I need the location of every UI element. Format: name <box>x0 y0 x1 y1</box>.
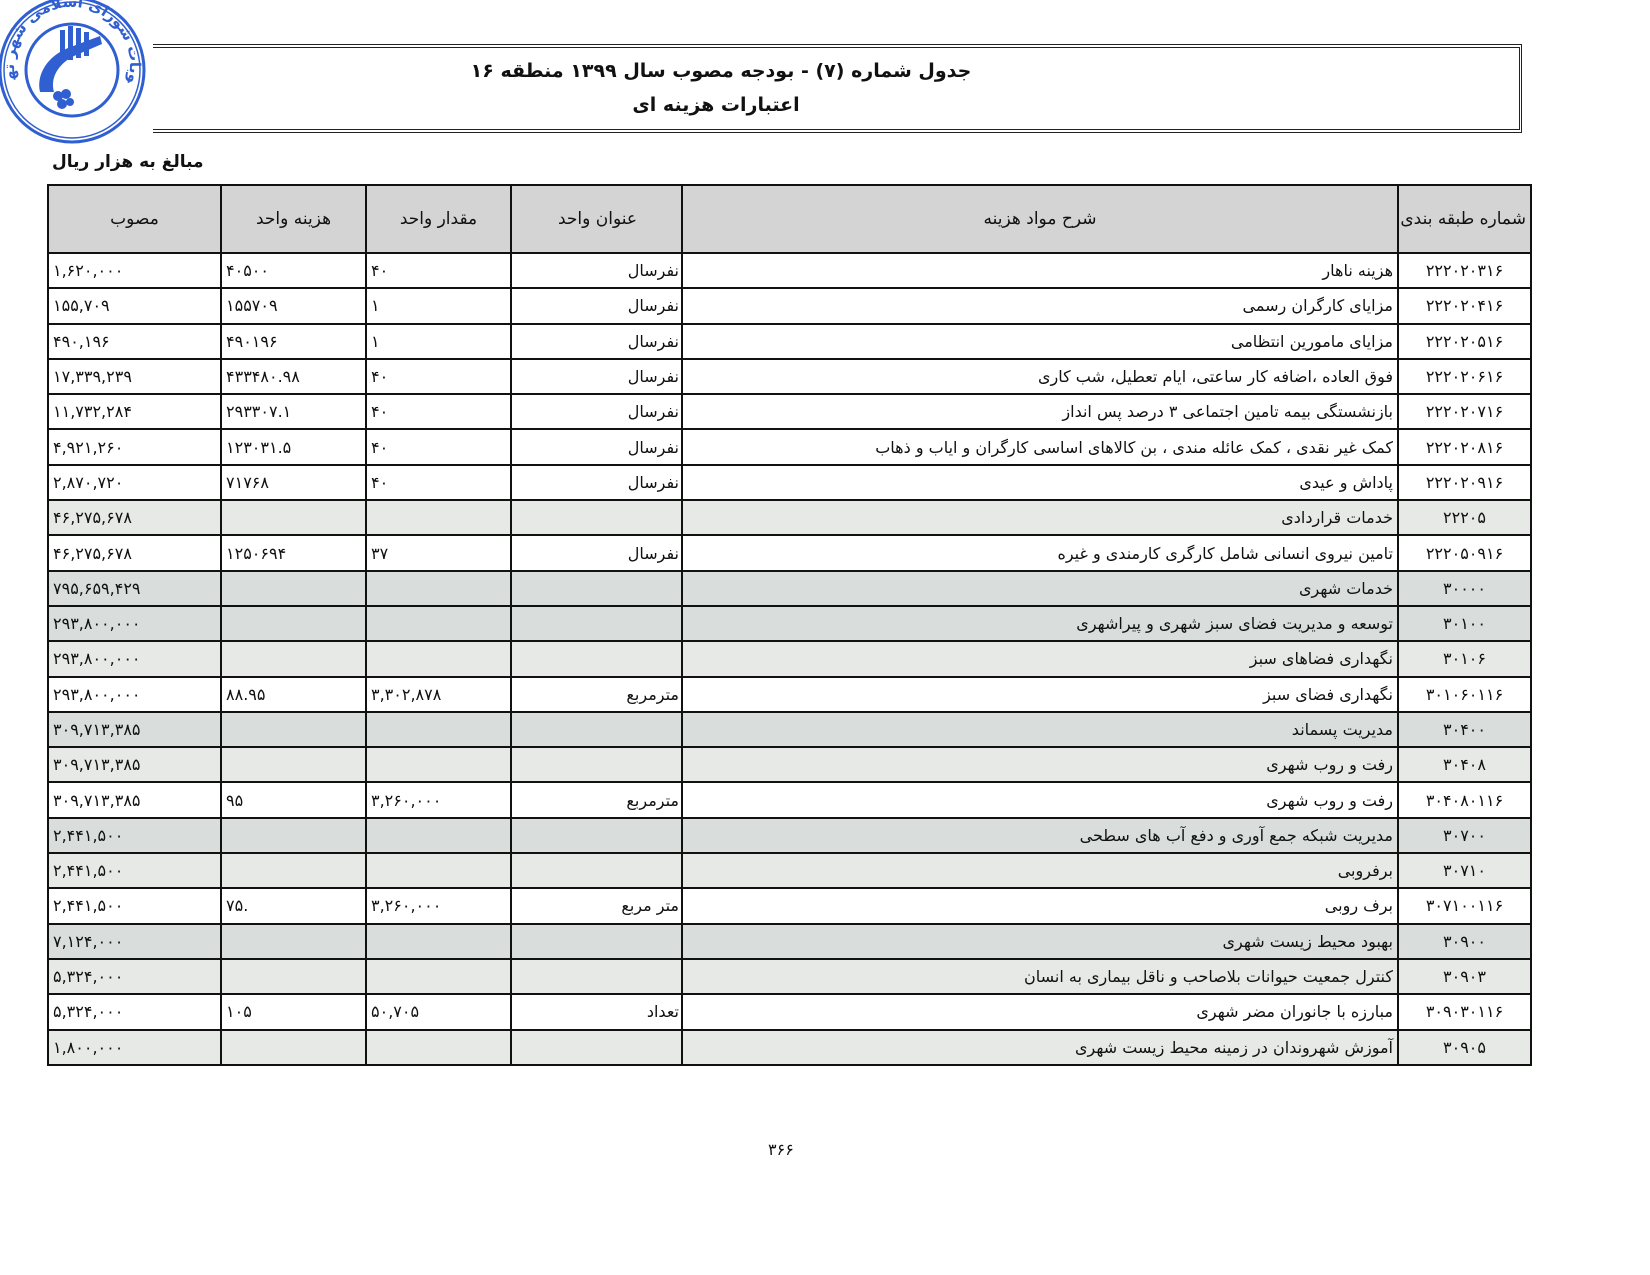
cell-approved: ۱۵۵,۷۰۹ <box>48 288 221 323</box>
cell-unit-quantity <box>366 747 511 782</box>
cell-code: ۲۲۲۰۲۰۶۱۶ <box>1398 359 1531 394</box>
cell-unit-quantity: ۴۰ <box>366 394 511 429</box>
cell-unit-cost <box>221 571 366 606</box>
table-row: ۳۰۹۰۳کنترل جمعیت حیوانات بلاصاحب و ناقل … <box>48 959 1531 994</box>
title-box: جدول شماره (۷) - بودجه مصوب سال ۱۳۹۹ منط… <box>153 44 1522 133</box>
cell-code: ۳۰۱۰۰ <box>1398 606 1531 641</box>
table-row: ۲۲۲۰۲۰۹۱۶پاداش و عیدینفرسال۴۰۷۱۷۶۸۲,۸۷۰,… <box>48 465 1531 500</box>
table-row: ۳۰۱۰۶نگهداری فضاهای سبز۲۹۳,۸۰۰,۰۰۰ <box>48 641 1531 676</box>
table-row: ۳۰۷۰۰مدیریت شبکه جمع آوری و دفع آب های س… <box>48 818 1531 853</box>
cell-unit-title <box>511 571 682 606</box>
cell-code: ۳۰۱۰۶ <box>1398 641 1531 676</box>
table-row: ۳۰۹۰۰بهبود محیط زیست شهری۷,۱۲۴,۰۰۰ <box>48 924 1531 959</box>
cell-approved: ۲,۴۴۱,۵۰۰ <box>48 818 221 853</box>
cell-unit-quantity: ۴۰ <box>366 253 511 288</box>
table-row: ۲۲۲۰۲۰۶۱۶فوق العاده ،اضافه کار ساعتی، ای… <box>48 359 1531 394</box>
cell-approved: ۴۶,۲۷۵,۶۷۸ <box>48 535 221 570</box>
cell-unit-title <box>511 641 682 676</box>
table-row: ۲۲۲۰۲۰۳۱۶هزینه ناهارنفرسال۴۰۴۰۵۰۰۱,۶۲۰,۰… <box>48 253 1531 288</box>
page-title: جدول شماره (۷) - بودجه مصوب سال ۱۳۹۹ منط… <box>0 60 1519 82</box>
cell-code: ۲۲۲۰۲۰۹۱۶ <box>1398 465 1531 500</box>
cell-code: ۳۰۷۱۰۰۱۱۶ <box>1398 888 1531 923</box>
cell-description: آموزش شهروندان در زمینه محیط زیست شهری <box>682 1030 1398 1065</box>
cell-unit-cost: ۱۲۳۰۳۱.۵ <box>221 429 366 464</box>
cell-unit-title <box>511 959 682 994</box>
cell-unit-title <box>511 747 682 782</box>
cell-description: کمک غیر نقدی ، کمک عائله مندی ، بن کالاه… <box>682 429 1398 464</box>
cell-approved: ۳۰۹,۷۱۳,۳۸۵ <box>48 747 221 782</box>
cell-unit-title <box>511 1030 682 1065</box>
cell-code: ۳۰۹۰۳۰۱۱۶ <box>1398 994 1531 1029</box>
cell-description: رفت و روب شهری <box>682 782 1398 817</box>
budget-table: شماره طبقه بندی هزینه شرح مواد هزینه عنو… <box>47 184 1532 1066</box>
table-row: ۲۲۲۰۲۰۵۱۶مزایای مامورین انتظامینفرسال۱۴۹… <box>48 324 1531 359</box>
cell-unit-cost: .۷۵ <box>221 888 366 923</box>
table-row: ۲۲۲۰۵خدمات قراردادی۴۶,۲۷۵,۶۷۸ <box>48 500 1531 535</box>
cell-code: ۳۰۴۰۸ <box>1398 747 1531 782</box>
cell-unit-cost: ۲۹۳۳۰۷.۱ <box>221 394 366 429</box>
cell-unit-cost: ۴۳۳۴۸۰.۹۸ <box>221 359 366 394</box>
table-row: ۳۰۱۰۰توسعه و مدیریت فضای سبز شهری و پیرا… <box>48 606 1531 641</box>
cell-unit-quantity: ۴۰ <box>366 359 511 394</box>
cell-code: ۳۰۷۱۰ <box>1398 853 1531 888</box>
cell-description: هزینه ناهار <box>682 253 1398 288</box>
cell-approved: ۴,۹۲۱,۲۶۰ <box>48 429 221 464</box>
table-body: ۲۲۲۰۲۰۳۱۶هزینه ناهارنفرسال۴۰۴۰۵۰۰۱,۶۲۰,۰… <box>48 253 1531 1065</box>
column-header-unit-quantity: مقدار واحد <box>366 185 511 253</box>
cell-unit-title: مترمربع <box>511 677 682 712</box>
cell-code: ۳۰۹۰۳ <box>1398 959 1531 994</box>
cell-unit-quantity <box>366 959 511 994</box>
cell-unit-title: تعداد <box>511 994 682 1029</box>
column-header-unit-title: عنوان واحد <box>511 185 682 253</box>
table-row: ۲۲۲۰۲۰۸۱۶کمک غیر نقدی ، کمک عائله مندی ،… <box>48 429 1531 464</box>
cell-unit-title: نفرسال <box>511 288 682 323</box>
table-row: ۳۰۴۰۰مدیریت پسماند۳۰۹,۷۱۳,۳۸۵ <box>48 712 1531 747</box>
cell-unit-quantity: ۱ <box>366 324 511 359</box>
cell-description: مبارزه با جانوران مضر شهری <box>682 994 1398 1029</box>
column-header-code: شماره طبقه بندی هزینه <box>1398 185 1531 253</box>
cell-description: خدمات قراردادی <box>682 500 1398 535</box>
table-row: ۳۰۷۱۰۰۱۱۶برف روبیمتر مربع۳,۲۶۰,۰۰۰.۷۵۲,۴… <box>48 888 1531 923</box>
cell-unit-title: نفرسال <box>511 394 682 429</box>
table-row: ۳۰۱۰۶۰۱۱۶نگهداری فضای سبزمترمربع۳,۳۰۲,۸۷… <box>48 677 1531 712</box>
cell-unit-cost: ۴۰۵۰۰ <box>221 253 366 288</box>
cell-unit-cost: ۸۸.۹۵ <box>221 677 366 712</box>
cell-unit-cost: ۱۵۵۷۰۹ <box>221 288 366 323</box>
cell-unit-cost: ۷۱۷۶۸ <box>221 465 366 500</box>
cell-unit-cost <box>221 853 366 888</box>
cell-code: ۳۰۱۰۶۰۱۱۶ <box>1398 677 1531 712</box>
table-row: ۳۰۴۰۸رفت و روب شهری۳۰۹,۷۱۳,۳۸۵ <box>48 747 1531 782</box>
table-row: ۳۰۷۱۰برفروبی۲,۴۴۱,۵۰۰ <box>48 853 1531 888</box>
cell-unit-cost <box>221 959 366 994</box>
cell-code: ۲۲۲۰۲۰۴۱۶ <box>1398 288 1531 323</box>
cell-unit-cost <box>221 712 366 747</box>
cell-unit-cost <box>221 924 366 959</box>
cell-code: ۲۲۲۰۲۰۸۱۶ <box>1398 429 1531 464</box>
cell-code: ۳۰۷۰۰ <box>1398 818 1531 853</box>
cell-unit-title <box>511 818 682 853</box>
cell-unit-quantity <box>366 641 511 676</box>
table-row: ۳۰۹۰۳۰۱۱۶مبارزه با جانوران مضر شهریتعداد… <box>48 994 1531 1029</box>
cell-code: ۳۰۹۰۵ <box>1398 1030 1531 1065</box>
cell-unit-quantity: ۴۰ <box>366 429 511 464</box>
cell-description: پاداش و عیدی <box>682 465 1398 500</box>
cell-code: ۲۲۲۰۲۰۵۱۶ <box>1398 324 1531 359</box>
table-row: ۳۰۹۰۵آموزش شهروندان در زمینه محیط زیست ش… <box>48 1030 1531 1065</box>
cell-unit-title: نفرسال <box>511 324 682 359</box>
cell-approved: ۲۹۳,۸۰۰,۰۰۰ <box>48 641 221 676</box>
cell-unit-quantity: ۳,۳۰۲,۸۷۸ <box>366 677 511 712</box>
page-number: ۳۶۶ <box>768 1140 794 1159</box>
cell-unit-title: نفرسال <box>511 253 682 288</box>
cell-approved: ۷۹۵,۶۵۹,۴۲۹ <box>48 571 221 606</box>
cell-description: مدیریت پسماند <box>682 712 1398 747</box>
cell-unit-quantity: ۳۷ <box>366 535 511 570</box>
cell-unit-quantity: ۵۰,۷۰۵ <box>366 994 511 1029</box>
cell-unit-title: متر مربع <box>511 888 682 923</box>
cell-approved: ۵,۳۲۴,۰۰۰ <box>48 959 221 994</box>
cell-unit-quantity <box>366 818 511 853</box>
cell-description: رفت و روب شهری <box>682 747 1398 782</box>
cell-description: کنترل جمعیت حیوانات بلاصاحب و ناقل بیمار… <box>682 959 1398 994</box>
cell-approved: ۲,۸۷۰,۷۲۰ <box>48 465 221 500</box>
cell-approved: ۲۹۳,۸۰۰,۰۰۰ <box>48 677 221 712</box>
cell-unit-title <box>511 853 682 888</box>
cell-approved: ۱,۸۰۰,۰۰۰ <box>48 1030 221 1065</box>
cell-approved: ۱,۶۲۰,۰۰۰ <box>48 253 221 288</box>
cell-unit-quantity <box>366 606 511 641</box>
table-row: ۲۲۲۰۲۰۴۱۶مزایای کارگران رسمینفرسال۱۱۵۵۷۰… <box>48 288 1531 323</box>
cell-unit-quantity <box>366 500 511 535</box>
cell-unit-cost <box>221 1030 366 1065</box>
cell-description: مزایای مامورین انتظامی <box>682 324 1398 359</box>
cell-unit-title <box>511 712 682 747</box>
cell-unit-quantity: ۳,۲۶۰,۰۰۰ <box>366 888 511 923</box>
column-header-approved: مصوب <box>48 185 221 253</box>
currency-unit-note: مبالغ به هزار ریال <box>52 152 204 172</box>
cell-unit-quantity <box>366 853 511 888</box>
cell-approved: ۴۹۰,۱۹۶ <box>48 324 221 359</box>
cell-description: خدمات شهری <box>682 571 1398 606</box>
cell-unit-quantity <box>366 712 511 747</box>
cell-code: ۳۰۴۰۰ <box>1398 712 1531 747</box>
cell-unit-cost: ۱۲۵۰۶۹۴ <box>221 535 366 570</box>
cell-code: ۲۲۲۰۲۰۳۱۶ <box>1398 253 1531 288</box>
cell-code: ۳۰۰۰۰ <box>1398 571 1531 606</box>
cell-description: توسعه و مدیریت فضای سبز شهری و پیراشهری <box>682 606 1398 641</box>
cell-description: بازنشستگی بیمه تامین اجتماعی ۳ درصد پس ا… <box>682 394 1398 429</box>
cell-description: مدیریت شبکه جمع آوری و دفع آب های سطحی <box>682 818 1398 853</box>
cell-unit-quantity: ۱ <box>366 288 511 323</box>
cell-description: نگهداری فضاهای سبز <box>682 641 1398 676</box>
cell-unit-cost <box>221 606 366 641</box>
cell-description: بهبود محیط زیست شهری <box>682 924 1398 959</box>
cell-unit-title <box>511 500 682 535</box>
cell-approved: ۱۱,۷۳۲,۲۸۴ <box>48 394 221 429</box>
cell-unit-title: نفرسال <box>511 359 682 394</box>
cell-unit-cost <box>221 747 366 782</box>
cell-approved: ۲,۴۴۱,۵۰۰ <box>48 888 221 923</box>
cell-unit-title: نفرسال <box>511 429 682 464</box>
column-header-unit-cost: هزینه واحد <box>221 185 366 253</box>
cell-unit-quantity: ۳,۲۶۰,۰۰۰ <box>366 782 511 817</box>
cell-unit-cost <box>221 641 366 676</box>
cell-approved: ۴۶,۲۷۵,۶۷۸ <box>48 500 221 535</box>
table-header-row: شماره طبقه بندی هزینه شرح مواد هزینه عنو… <box>48 185 1531 253</box>
cell-approved: ۲۹۳,۸۰۰,۰۰۰ <box>48 606 221 641</box>
cell-description: برف روبی <box>682 888 1398 923</box>
table-row: ۳۰۴۰۸۰۱۱۶رفت و روب شهریمترمربع۳,۲۶۰,۰۰۰۹… <box>48 782 1531 817</box>
cell-approved: ۷,۱۲۴,۰۰۰ <box>48 924 221 959</box>
cell-description: برفروبی <box>682 853 1398 888</box>
cell-approved: ۳۰۹,۷۱۳,۳۸۵ <box>48 782 221 817</box>
cell-unit-title: مترمربع <box>511 782 682 817</box>
cell-description: نگهداری فضای سبز <box>682 677 1398 712</box>
cell-approved: ۲,۴۴۱,۵۰۰ <box>48 853 221 888</box>
cell-unit-quantity <box>366 1030 511 1065</box>
column-header-description: شرح مواد هزینه <box>682 185 1398 253</box>
cell-unit-quantity: ۴۰ <box>366 465 511 500</box>
cell-code: ۳۰۹۰۰ <box>1398 924 1531 959</box>
table-row: ۳۰۰۰۰خدمات شهری۷۹۵,۶۵۹,۴۲۹ <box>48 571 1531 606</box>
cell-code: ۲۲۲۰۲۰۷۱۶ <box>1398 394 1531 429</box>
cell-code: ۳۰۴۰۸۰۱۱۶ <box>1398 782 1531 817</box>
cell-unit-cost: ۱۰۵ <box>221 994 366 1029</box>
cell-unit-title <box>511 606 682 641</box>
cell-unit-cost: ۴۹۰۱۹۶ <box>221 324 366 359</box>
cell-description: مزایای کارگران رسمی <box>682 288 1398 323</box>
cell-unit-title <box>511 924 682 959</box>
page-subtitle: اعتبارات هزینه ای <box>0 94 1519 116</box>
cell-description: فوق العاده ،اضافه کار ساعتی، ایام تعطیل،… <box>682 359 1398 394</box>
cell-unit-cost <box>221 818 366 853</box>
cell-code: ۲۲۲۰۵۰۹۱۶ <box>1398 535 1531 570</box>
table-row: ۲۲۲۰۵۰۹۱۶تامین نیروی انسانی شامل کارگری … <box>48 535 1531 570</box>
cell-unit-cost: ۹۵ <box>221 782 366 817</box>
cell-code: ۲۲۲۰۵ <box>1398 500 1531 535</box>
cell-approved: ۵,۳۲۴,۰۰۰ <box>48 994 221 1029</box>
cell-unit-title: نفرسال <box>511 465 682 500</box>
cell-unit-title: نفرسال <box>511 535 682 570</box>
cell-approved: ۱۷,۳۳۹,۲۳۹ <box>48 359 221 394</box>
cell-unit-quantity <box>366 924 511 959</box>
cell-approved: ۳۰۹,۷۱۳,۳۸۵ <box>48 712 221 747</box>
table-row: ۲۲۲۰۲۰۷۱۶بازنشستگی بیمه تامین اجتماعی ۳ … <box>48 394 1531 429</box>
cell-unit-cost <box>221 500 366 535</box>
cell-unit-quantity <box>366 571 511 606</box>
cell-description: تامین نیروی انسانی شامل کارگری کارمندی و… <box>682 535 1398 570</box>
